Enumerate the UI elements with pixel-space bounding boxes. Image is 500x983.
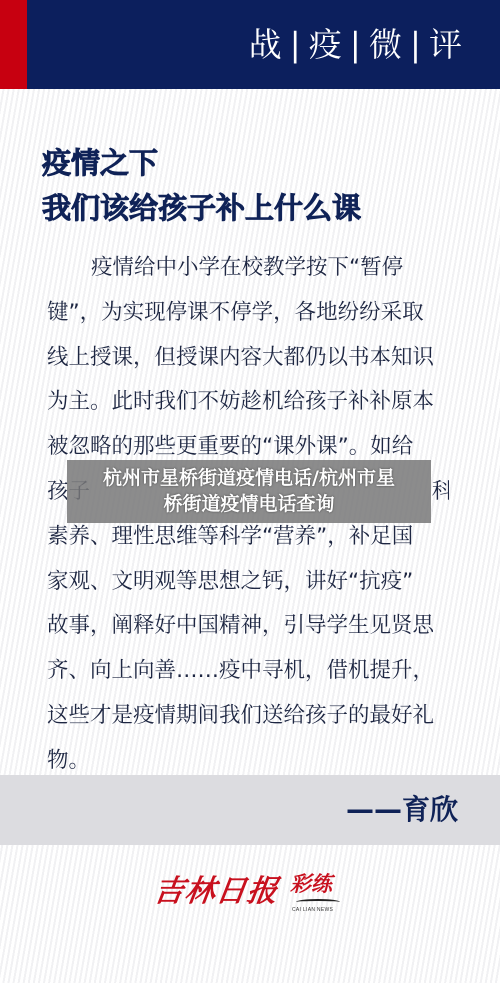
publisher-logo: 吉林日报 彩练 CAI LIAN NEWS xyxy=(150,868,350,920)
title-separator: | xyxy=(410,25,423,65)
overlay-line-2: 桥街道疫情电话查询 xyxy=(67,491,431,517)
caption-overlay: 杭州市星桥街道疫情电话/杭州市星 桥街道疫情电话查询 xyxy=(67,460,431,523)
headline-line-1: 疫情之下 xyxy=(42,141,361,186)
body-line: 键”，为实现停课不停学，各地纷纷采取 xyxy=(47,291,449,336)
body-line: 家观、文明观等思想之钙，讲好“抗疫” xyxy=(47,560,449,605)
body-line: 线上授课，但授课内容大都仍以书本知识 xyxy=(47,336,449,381)
jilin-daily-logo: 吉林日报 xyxy=(151,872,281,912)
body-line: 为主。此时我们不妨趁机给孩子补补原本 xyxy=(47,380,449,425)
article-headline: 疫情之下 我们该给孩子补上什么课 xyxy=(42,141,361,231)
signature-band: ——育欣 xyxy=(0,775,500,845)
header-title: 战|疫|微|评 xyxy=(249,25,464,65)
swoosh-icon xyxy=(296,899,340,905)
title-char: 疫 xyxy=(309,25,344,64)
author-signature: ——育欣 xyxy=(346,792,458,828)
body-line: 这些才是疫情期间我们送给孩子的最好礼 xyxy=(47,694,449,739)
cailian-logo-en: CAI LIAN NEWS xyxy=(292,906,333,914)
title-char: 战 xyxy=(249,25,284,64)
title-separator: | xyxy=(350,25,363,65)
body-line: 齐、向上向善……疫中寻机，借机提升， xyxy=(47,649,449,694)
overlay-line-1: 杭州市星桥街道疫情电话/杭州市星 xyxy=(67,465,431,491)
headline-line-2: 我们该给孩子补上什么课 xyxy=(42,186,361,231)
title-separator: | xyxy=(290,25,303,65)
title-char: 微 xyxy=(369,25,404,64)
cailian-logo-text: 彩练 xyxy=(290,870,332,898)
body-line: 疫情给中小学在校教学按下“暂停 xyxy=(47,246,449,291)
body-line: 故事，阐释好中国精神，引导学生见贤思 xyxy=(47,604,449,649)
header-red-bar xyxy=(0,0,27,89)
title-char: 评 xyxy=(429,25,464,64)
header-banner: 战|疫|微|评 xyxy=(0,0,500,89)
cailian-logo: 彩练 CAI LIAN NEWS xyxy=(290,870,346,918)
